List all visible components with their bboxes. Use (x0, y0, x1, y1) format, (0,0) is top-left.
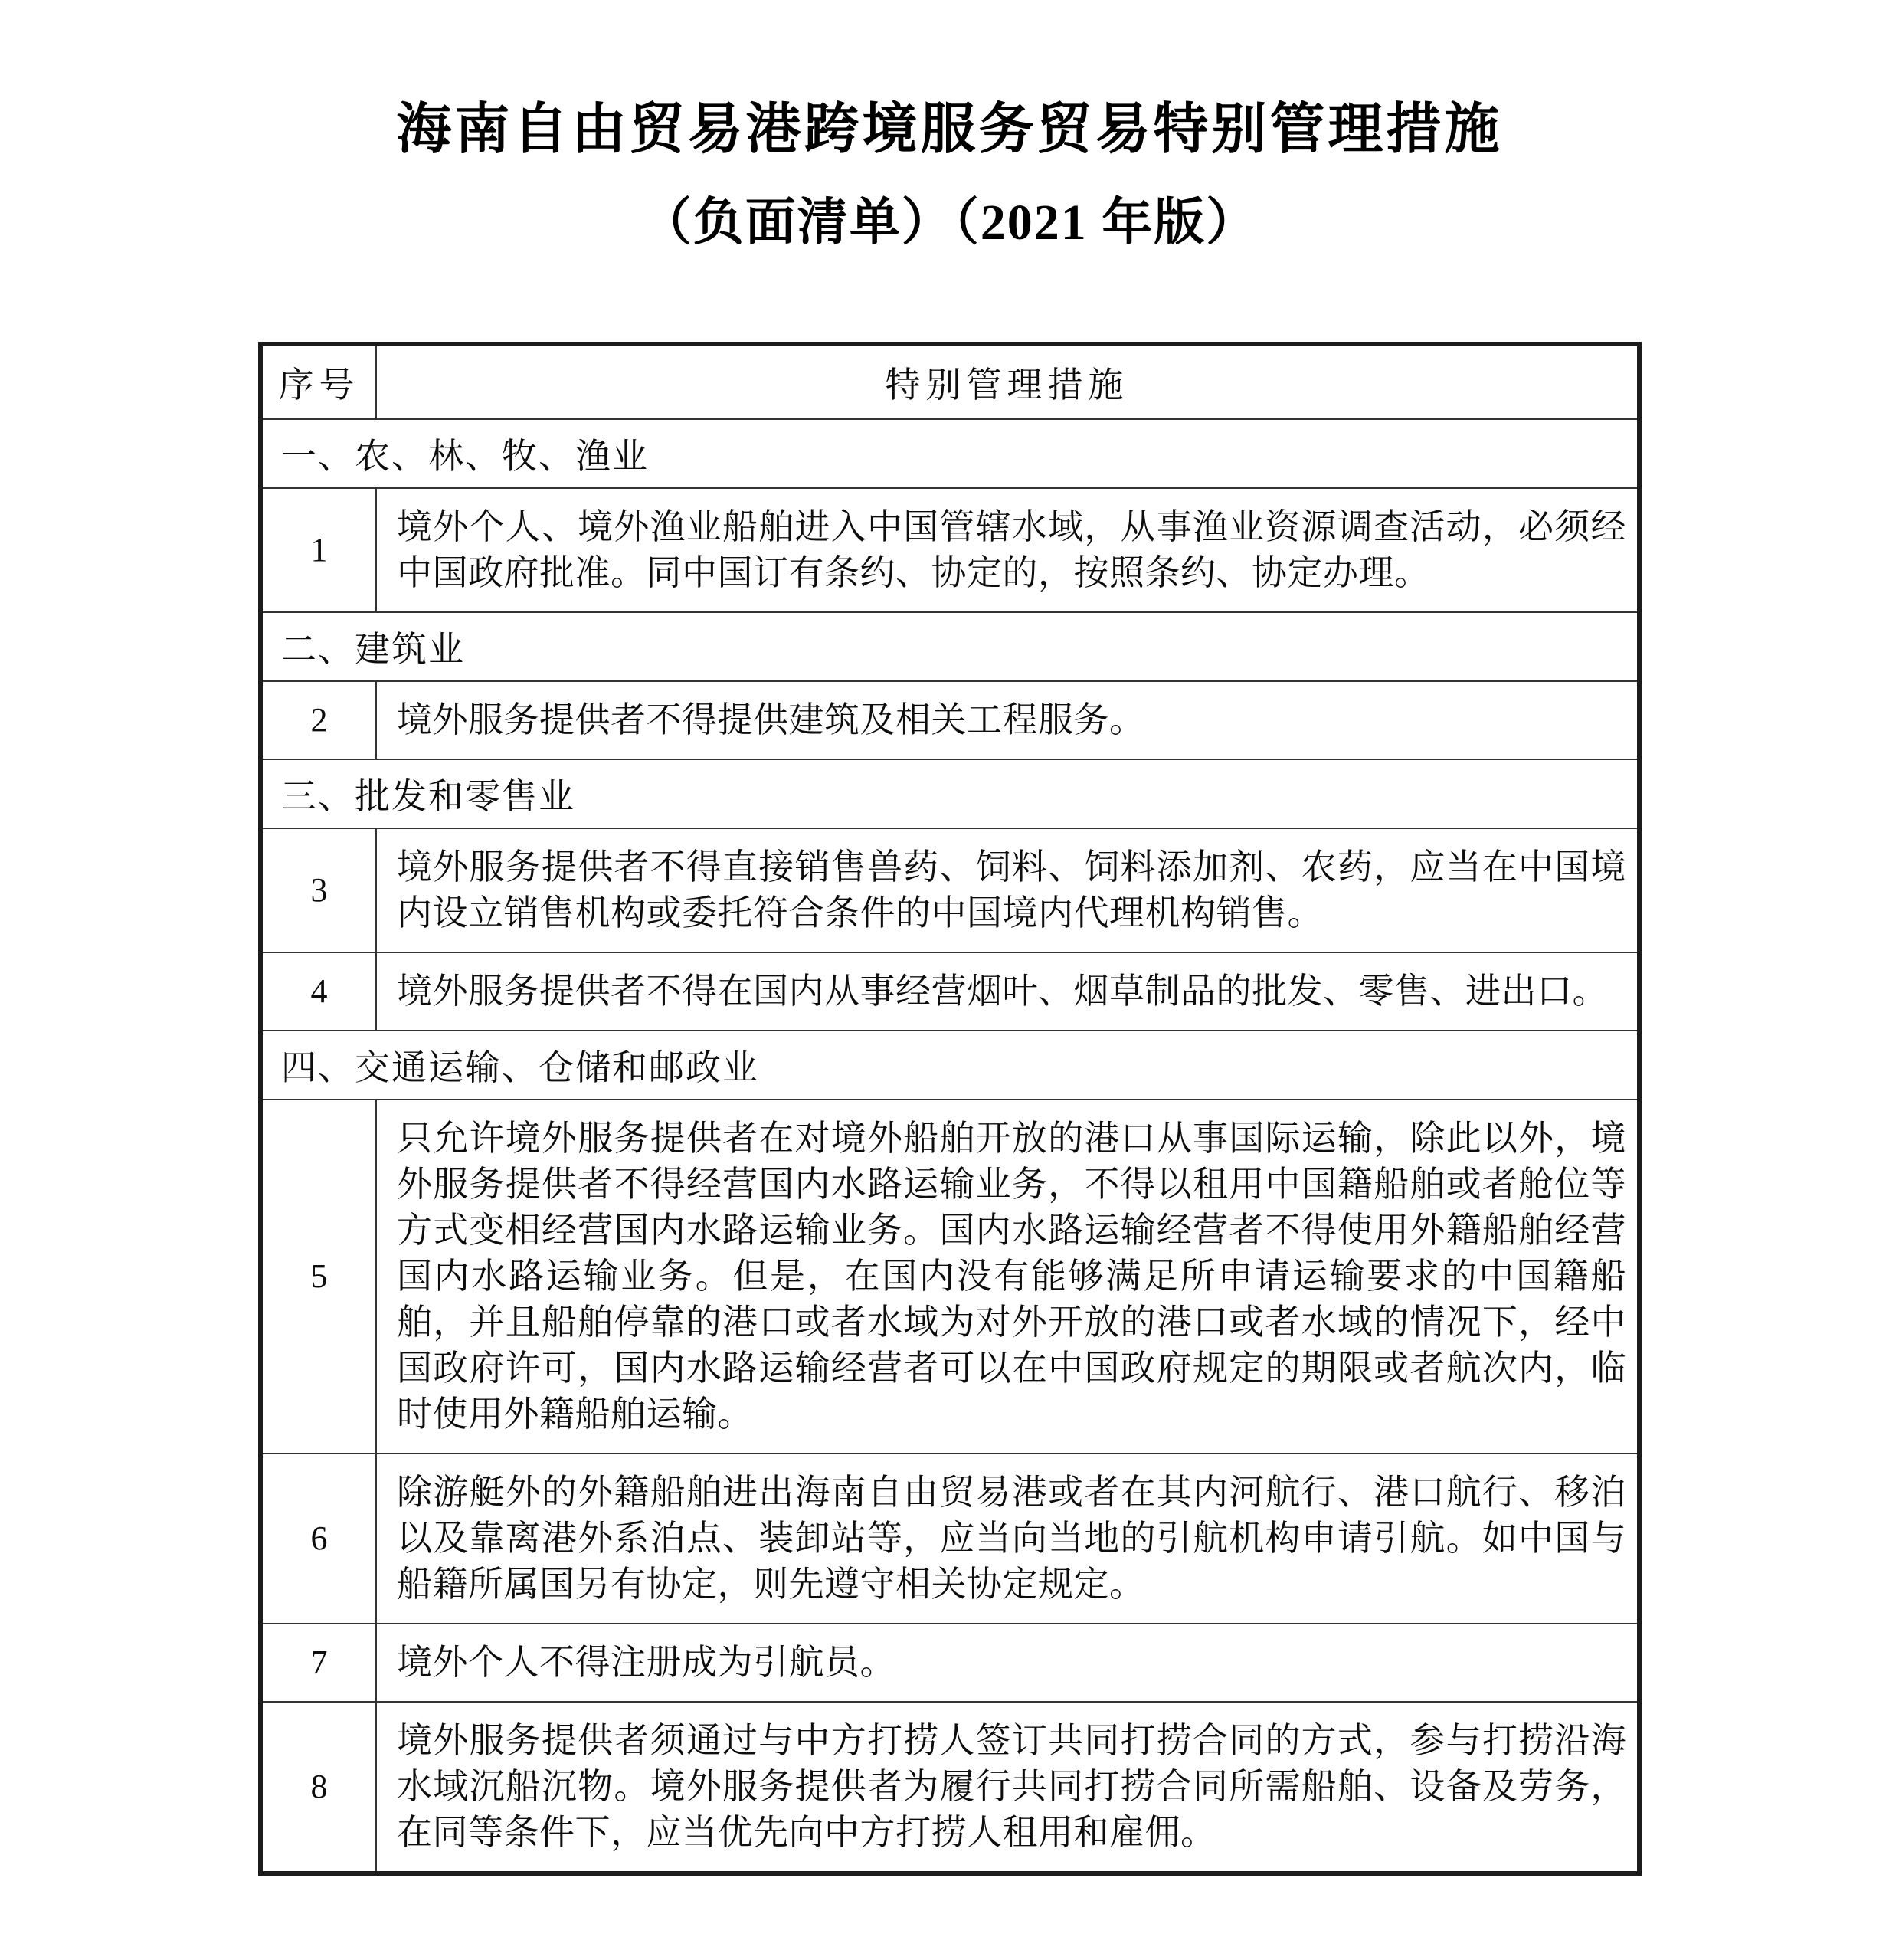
measure-text: 境外服务提供者不得提供建筑及相关工程服务。 (376, 681, 1639, 759)
measure-text: 境外个人、境外渔业船舶进入中国管辖水域，从事渔业资源调查活动，必须经中国政府批准… (376, 488, 1639, 612)
section-label: 一、农、林、牧、渔业 (260, 419, 1639, 488)
section-row-agriculture: 一、农、林、牧、渔业 (260, 419, 1639, 488)
measure-text: 境外服务提供者不得直接销售兽药、饲料、饲料添加剂、农药，应当在中国境内设立销售机… (376, 828, 1639, 952)
serial-number: 1 (260, 488, 376, 612)
document-title: 海南自由贸易港跨境服务贸易特别管理措施 (0, 0, 1899, 160)
measures-table: 序号 特别管理措施 一、农、林、牧、渔业 1 境外个人、境外渔业船舶进入中国管辖… (258, 342, 1642, 1876)
table-row-measure-5: 5 只允许境外服务提供者在对境外船舶开放的港口从事国际运输，除此以外，境外服务提… (260, 1100, 1639, 1454)
serial-number: 5 (260, 1100, 376, 1454)
document-page: 海南自由贸易港跨境服务贸易特别管理措施 （负面清单）（2021 年版） 序号 特… (0, 0, 1899, 1960)
section-label: 四、交通运输、仓储和邮政业 (260, 1031, 1639, 1100)
measure-text: 除游艇外的外籍船舶进出海南自由贸易港或者在其内河航行、港口航行、移泊以及靠离港外… (376, 1454, 1639, 1624)
measure-text: 境外服务提供者须通过与中方打捞人签订共同打捞合同的方式，参与打捞沿海水域沉船沉物… (376, 1702, 1639, 1873)
serial-number: 8 (260, 1702, 376, 1873)
section-row-wholesale-retail: 三、批发和零售业 (260, 759, 1639, 828)
serial-number: 6 (260, 1454, 376, 1624)
serial-number: 2 (260, 681, 376, 759)
section-label: 三、批发和零售业 (260, 759, 1639, 828)
table-row-measure-3: 3 境外服务提供者不得直接销售兽药、饲料、饲料添加剂、农药，应当在中国境内设立销… (260, 828, 1639, 952)
section-label: 二、建筑业 (260, 612, 1639, 681)
table-row-measure-8: 8 境外服务提供者须通过与中方打捞人签订共同打捞合同的方式，参与打捞沿海水域沉船… (260, 1702, 1639, 1873)
table-header-row: 序号 特别管理措施 (260, 344, 1639, 419)
table-row-measure-1: 1 境外个人、境外渔业船舶进入中国管辖水域，从事渔业资源调查活动，必须经中国政府… (260, 488, 1639, 612)
table-row-measure-7: 7 境外个人不得注册成为引航员。 (260, 1624, 1639, 1702)
measure-text: 境外服务提供者不得在国内从事经营烟叶、烟草制品的批发、零售、进出口。 (376, 952, 1639, 1031)
column-header-serial-number: 序号 (260, 344, 376, 419)
section-row-construction: 二、建筑业 (260, 612, 1639, 681)
table-row-measure-2: 2 境外服务提供者不得提供建筑及相关工程服务。 (260, 681, 1639, 759)
measure-text: 境外个人不得注册成为引航员。 (376, 1624, 1639, 1702)
measure-text: 只允许境外服务提供者在对境外船舶开放的港口从事国际运输，除此以外，境外服务提供者… (376, 1100, 1639, 1454)
section-row-transport-storage-postal: 四、交通运输、仓储和邮政业 (260, 1031, 1639, 1100)
document-subtitle: （负面清单）（2021 年版） (0, 160, 1899, 251)
column-header-special-measures: 特别管理措施 (376, 344, 1639, 419)
serial-number: 7 (260, 1624, 376, 1702)
serial-number: 3 (260, 828, 376, 952)
serial-number: 4 (260, 952, 376, 1031)
table-row-measure-4: 4 境外服务提供者不得在国内从事经营烟叶、烟草制品的批发、零售、进出口。 (260, 952, 1639, 1031)
table-row-measure-6: 6 除游艇外的外籍船舶进出海南自由贸易港或者在其内河航行、港口航行、移泊以及靠离… (260, 1454, 1639, 1624)
